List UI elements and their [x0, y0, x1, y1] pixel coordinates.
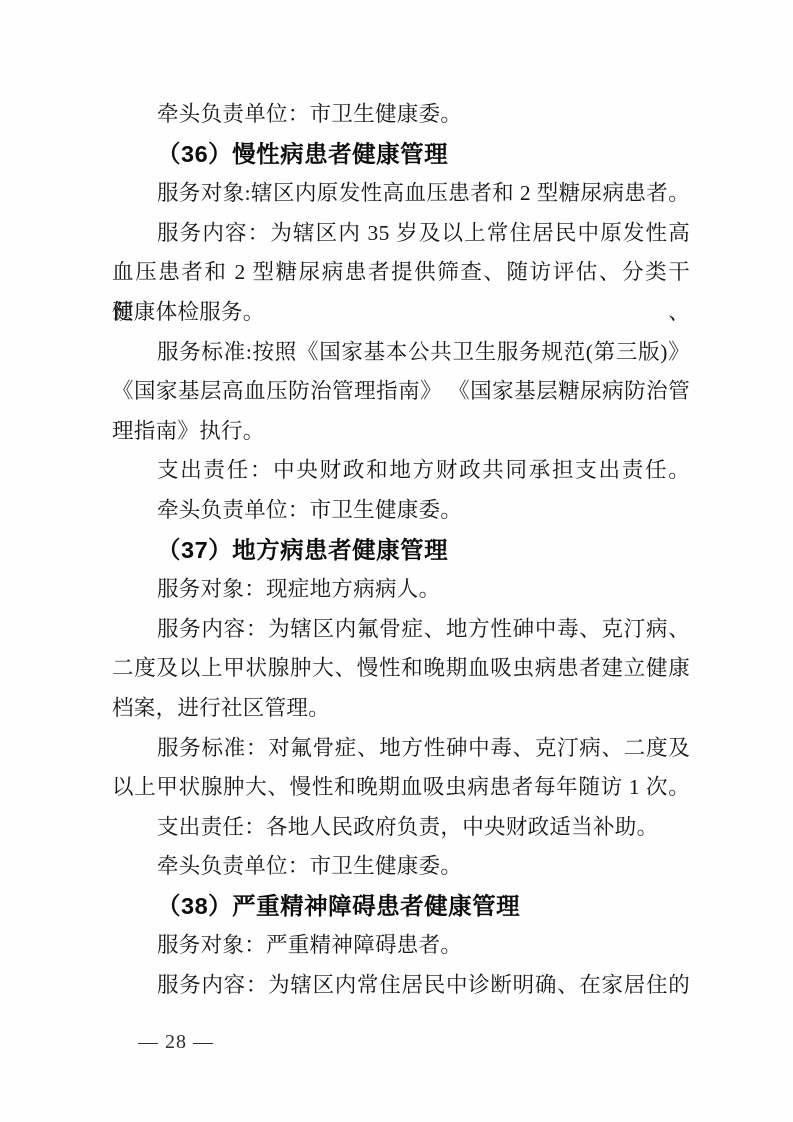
paragraph-line: 服务对象:辖区内原发性高血压患者和 2 型糖尿病患者。	[112, 174, 690, 214]
document-page: 牵头负责单位：市卫生健康委。（36）慢性病患者健康管理服务对象:辖区内原发性高血…	[0, 0, 793, 1122]
paragraph-line: 牵头负责单位：市卫生健康委。	[112, 491, 690, 531]
paragraph-line: 支出责任：各地人民政府负责，中央财政适当补助。	[112, 808, 690, 848]
document-body: 牵头负责单位：市卫生健康委。（36）慢性病患者健康管理服务对象:辖区内原发性高血…	[112, 95, 690, 1006]
paragraph-line: 服务内容：为辖区内氟骨症、地方性砷中毒、克汀病、	[112, 610, 690, 650]
paragraph-line: 服务对象：现症地方病病人。	[112, 570, 690, 610]
paragraph-line: 理指南》执行。	[112, 412, 690, 452]
paragraph-line: 牵头负责单位：市卫生健康委。	[112, 95, 690, 135]
paragraph-line: 档案，进行社区管理。	[112, 689, 690, 729]
paragraph-line: 服务标准：对氟骨症、地方性砷中毒、克汀病、二度及	[112, 729, 690, 769]
paragraph-line: 《国家基层高血压防治管理指南》 《国家基层糖尿病防治管	[112, 372, 690, 412]
paragraph-line: 牵头负责单位：市卫生健康委。	[112, 847, 690, 887]
page-footer: — 28 —	[138, 1029, 214, 1055]
section-heading: （37）地方病患者健康管理	[112, 531, 690, 571]
paragraph-line: 支出责任：中央财政和地方财政共同承担支出责任。	[112, 451, 690, 491]
paragraph-line: 以上甲状腺肿大、慢性和晚期血吸虫病患者每年随访 1 次。	[112, 768, 690, 808]
paragraph-line: 二度及以上甲状腺肿大、慢性和晚期血吸虫病患者建立健康	[112, 649, 690, 689]
paragraph-line: 血压患者和 2 型糖尿病患者提供筛查、随访评估、分类干预、	[112, 253, 690, 293]
paragraph-line: 服务内容：为辖区内常住居民中诊断明确、在家居住的	[112, 966, 690, 1006]
paragraph-line: 服务内容：为辖区内 35 岁及以上常住居民中原发性高	[112, 214, 690, 254]
paragraph-line: 服务标准:按照《国家基本公共卫生服务规范(第三版)》	[112, 333, 690, 373]
page-number: — 28 —	[138, 1031, 214, 1053]
section-heading: （38）严重精神障碍患者健康管理	[112, 887, 690, 927]
paragraph-line: 服务对象：严重精神障碍患者。	[112, 926, 690, 966]
section-heading: （36）慢性病患者健康管理	[112, 135, 690, 175]
